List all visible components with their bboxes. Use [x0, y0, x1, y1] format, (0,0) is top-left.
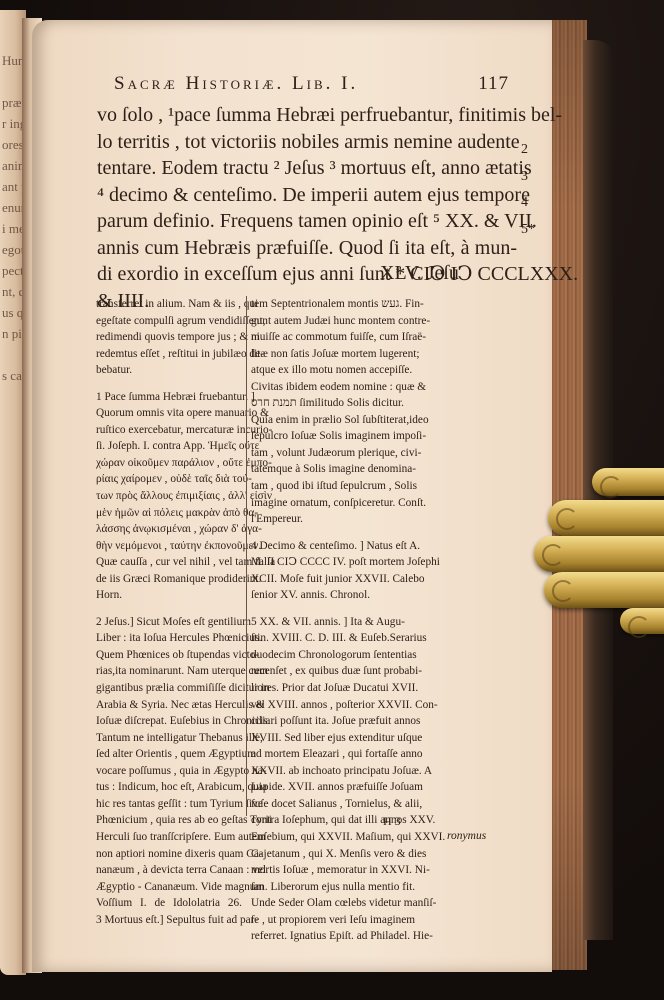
finger-icon [544, 572, 664, 608]
note-line: litæ non ſatis Joſuæ mortem lugerent; [251, 346, 400, 363]
note-line: 1 Pace ſumma Hebræi fruebantur. ] [96, 389, 242, 406]
note-line: ſed alter Orientis , quem Ægyptium [96, 746, 242, 763]
margin-number: 3 [521, 164, 535, 191]
note-line: non aptiori nomine dixeris quam Ca- [96, 846, 242, 863]
note-line: λάσσης ἀνῳκισμέναι , χώραν δ' ἀγα- [96, 521, 242, 538]
note-line: Arabia & Syria. Nec ætas Herculis & [96, 697, 242, 714]
note-line: atque ex illo motu nomen accepiſſe. [251, 362, 400, 379]
margin-number: 4 [521, 190, 535, 217]
note-line: egeſtate compulſi agrum vendidiſſent, [96, 313, 242, 330]
running-head: Sacræ Historiæ. Lib. I. 117 [114, 73, 509, 95]
finger-icon [548, 500, 664, 536]
note-line: ſan. Liberorum ejus nulla mentio fit. [251, 879, 400, 896]
signature-mark: H 3 [383, 814, 401, 829]
note-line: tatemque à Solis imagine denomina- [251, 461, 400, 478]
paragraph-gap [96, 604, 242, 614]
note-line: Lapide. XVII. annos præfuiſſe Joſuam [251, 779, 400, 796]
note-line: gunt autem Judæi hunc montem contre- [251, 313, 400, 330]
note-line: Quæ cauſſa , cur vel nihil , vel tam fal… [96, 554, 242, 571]
note-line: imagine ornatum, conſpiceretur. Conſt. [251, 495, 400, 512]
note-line: tem Septentrionalem montis געש. Fin- [251, 296, 400, 313]
note-line: Civitas ibidem eodem nomine : quæ & [251, 379, 400, 396]
note-line: תמנת חרס ſimilitudo Solis dicitur. [251, 395, 400, 412]
note-line: Quem Phœnices ob ſtupendas victo- [96, 647, 242, 664]
note-line: Euſebium, qui XXVII. Maſium, qui XXVI. [251, 829, 400, 846]
note-line: ſtin. XVIII. C. D. III. & Euſeb.Serarius [251, 630, 400, 647]
note-line: 2 Jeſus.] Sicut Moſes eſt gentilium [96, 614, 242, 631]
note-line: 3 Mortuus eſt.] Sepultus fuit ad par- [96, 912, 242, 929]
note-line: duodecim Chronologorum ſententias [251, 647, 400, 664]
note-line: nanæum , à devicta terra Canaan : vel [96, 862, 242, 879]
catchword: ronymus [447, 830, 486, 842]
note-line: των πρὸς ἄλλους ἐπιμιξίαις , ἀλλ' εἰσὶν [96, 488, 242, 505]
margin-note-numbers: 2345* [521, 137, 535, 243]
note-line: redimendi quovis tempore jus ; & ni [96, 329, 242, 346]
note-line: 4 Decimo & centeſimo. ] Natus eſt A. [251, 538, 400, 555]
note-line: θὴν νεμόμενοι , ταύτην ἐκπονοῦμεν. [96, 538, 242, 555]
note-line: contra Ioſephum, qui dat illi annos XXV. [251, 812, 400, 829]
notes-right-column: tem Septentrionalem montis געש. Fin-gunt… [251, 296, 400, 945]
note-line: Ioſuæ diſcrepat. Euſebius in Chronicis. [96, 713, 242, 730]
note-line: transferret in alium. Nam & iis , qui [96, 296, 242, 313]
note-line: Herculi ſuo tranſſcripſere. Eum autem [96, 829, 242, 846]
finger-icon [620, 608, 664, 634]
note-line: Horn. [96, 587, 242, 604]
note-line: vel XVIII. annos , poſterior XXVII. Con- [251, 697, 400, 714]
note-line: ſe , ut propiorem veri Ieſu imaginem [251, 912, 400, 929]
page-number: 117 [478, 73, 509, 95]
note-line: χώραν οἰκοῦμεν παράλιον , οὔτε ἐμπο- [96, 455, 242, 472]
note-line: XCII. Moſe fuit junior XXVII. Calebo [251, 571, 400, 588]
text-line: parum definio. Frequens tamen opinio eſt… [97, 208, 517, 235]
note-line: μὲν ἡμῶν αἱ πόλεις μακρὰν ἀπὸ θα- [96, 505, 242, 522]
note-line: Cajetanum , qui X. Menſis vero & dies [251, 846, 400, 863]
note-line: ciliari poſſunt ita. Joſue præfuit annos [251, 713, 400, 730]
paragraph-gap [251, 528, 400, 538]
paragraph-gap [251, 604, 400, 614]
note-line: redemtus eſſet , reſtitui in jubilæo de- [96, 346, 242, 363]
text-line: tentare. Eodem tractu ² Jeſus ³ mortuus … [97, 155, 517, 182]
note-line: tus : Indicum, hoc eſt, Arabicum, quia [96, 779, 242, 796]
section-heading: XLV. Jeſu [380, 262, 459, 285]
note-line: Quorum omnis vita opere manuario & [96, 405, 242, 422]
finger-icon [592, 468, 664, 496]
note-line: recenſet , ex quibus duæ ſunt probabi- [251, 663, 400, 680]
note-line: gigantibus prælia commiſiſſe dicitur in [96, 680, 242, 697]
note-line: Liber : ita Ioſua Hercules Phœnicius. [96, 630, 242, 647]
note-line: hic res tantas geſſit : tum Tyrium ſive [96, 796, 242, 813]
text-line: ⁴ decimo & centeſimo. De imperii autem e… [97, 182, 517, 209]
note-line: Ægyptio - Cananæum. Vide magnum [96, 879, 242, 896]
note-line: Unde Seder Olam cœlebs videtur manſiſ- [251, 895, 400, 912]
note-line: ſepulcro Ioſuæ Solis imaginem impoſi- [251, 428, 400, 445]
note-line: ſi. Joſeph. I. contra App. Ἡμεῖς οὔτε [96, 438, 242, 455]
text-line: lo territis , tot victoriis nobiles armi… [97, 129, 517, 156]
note-line: ruſtico exercebatur, mercaturæ incurio- [96, 422, 242, 439]
margin-number: 5* [521, 217, 535, 244]
note-line: mortis Ioſuæ , memoratur in XXVI. Ni- [251, 862, 400, 879]
paragraph-gap [96, 379, 242, 389]
finger-icon [534, 536, 664, 572]
text-line: vo ſolo , ¹pace ſumma Hebræi perfruebant… [97, 102, 517, 129]
note-line: ſenior XV. annis. Chronol. [251, 587, 400, 604]
note-line: liores. Prior dat Joſuæ Ducatui XVII. [251, 680, 400, 697]
note-line: rias,ita nominarunt. Nam uterque cum [96, 663, 242, 680]
note-line: XVIII. Sed liber ejus extenditur uſque [251, 730, 400, 747]
note-line: 5 XX. & VII. annis. ] Ita & Augu- [251, 614, 400, 631]
note-line: l'Empereur. [251, 511, 400, 528]
note-line: tam , quod ibi iſtud ſepulcrum , Solis [251, 478, 400, 495]
text-line: annis cum Hebræis præfuiſſe. Quod ſi ita… [97, 235, 517, 262]
note-line: ρίαις χαίρομεν , οὐδὲ ταῖς διὰ τού- [96, 471, 242, 488]
note-line: referret. Ignatius Epiſt. ad Philadel. H… [251, 928, 400, 945]
note-line: fuſe docet Salianus , Tornielus, & alii, [251, 796, 400, 813]
note-line: Voſſium I. de Idololatria 26. [96, 895, 242, 912]
margin-number: 2 [521, 137, 535, 164]
note-line: M. II CIↃ CCCC IV. poſt mortem Joſephi [251, 554, 400, 571]
note-line: Tantum ne intelligatur Thebanus ille, [96, 730, 242, 747]
note-line: Quia enim in prælio Sol ſubſtiterat,ideo [251, 412, 400, 429]
note-line: Phœnicium , quia res ab eo geſtas Tyrii [96, 812, 242, 829]
note-line: bebatur. [96, 362, 242, 379]
note-line: vocare poſſumus , quia in Ægypto na- [96, 763, 242, 780]
note-line: XXVII. ab inchoato principatu Joſuæ. A [251, 763, 400, 780]
running-head-title: Sacræ Historiæ. Lib. I. [114, 73, 358, 94]
note-line: muiſſe ac commotum fuiſſe, cum Iſraë- [251, 329, 400, 346]
note-line: de iis Græci Romanique prodiderint. [96, 571, 242, 588]
note-line: ad mortem Eleazari , qui fortaſſe anno [251, 746, 400, 763]
notes-left-column: transferret in alium. Nam & iis , quiege… [96, 296, 242, 928]
note-line: tam , volunt Judæorum plerique, civi- [251, 445, 400, 462]
golden-hand-page-holder [530, 460, 664, 630]
column-rule [246, 296, 247, 816]
